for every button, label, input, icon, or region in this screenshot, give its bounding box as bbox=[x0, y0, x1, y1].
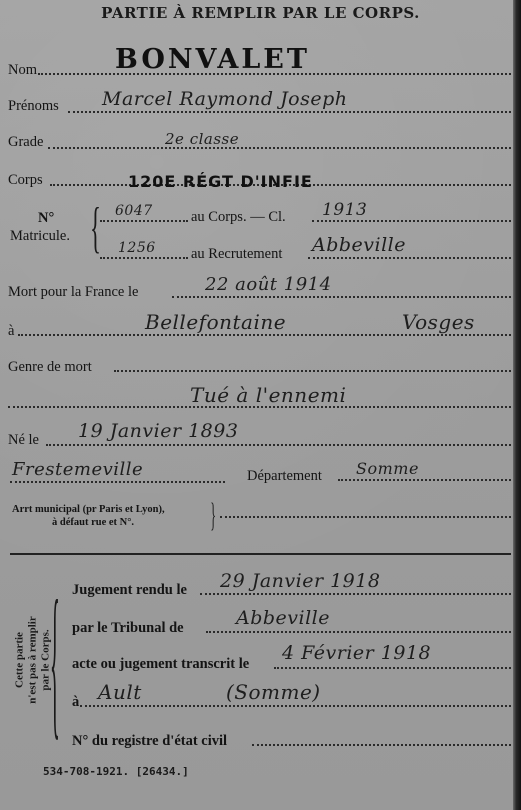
lieu-transcription-region: (Somme) bbox=[226, 680, 321, 704]
nom-label: Nom bbox=[8, 62, 37, 79]
grade-line bbox=[48, 147, 511, 149]
corps-cl-label: au Corps. — Cl. bbox=[191, 209, 286, 226]
classe-line bbox=[312, 220, 511, 222]
civil-section-brace: { bbox=[50, 575, 60, 745]
lieu-naissance-value: Frestemeville bbox=[12, 459, 143, 480]
death-record-card: PARTIE À REMPLIR PAR LE CORPS. Nom BONVA… bbox=[0, 0, 521, 810]
recrutement-place-value: Abbeville bbox=[312, 234, 406, 256]
corps-number-value: 6047 bbox=[115, 203, 153, 219]
departement-line bbox=[338, 479, 511, 481]
recrutement-number-line bbox=[100, 257, 188, 259]
side-note-line-1: Cette partie bbox=[14, 616, 27, 704]
mort-value: 22 août 1914 bbox=[205, 274, 332, 295]
matricule-brace: { bbox=[90, 200, 101, 256]
registre-label: N° du registre d'état civil bbox=[72, 733, 227, 750]
jugement-value: 29 Janvier 1918 bbox=[220, 570, 380, 592]
genre-mort-label: Genre de mort bbox=[8, 359, 92, 376]
corps-number-line bbox=[100, 220, 188, 222]
mort-label: Mort pour la France le bbox=[8, 284, 138, 301]
recrutement-number-value: 1256 bbox=[118, 240, 156, 256]
transcrit-label: acte ou jugement transcrit le bbox=[72, 656, 249, 673]
scan-edge bbox=[513, 0, 521, 810]
lieu-transcription-value: Ault bbox=[98, 680, 142, 704]
nom-value: BONVALET bbox=[115, 44, 310, 75]
registre-line bbox=[252, 744, 511, 746]
recrutement-label: au Recrutement bbox=[191, 246, 282, 263]
naissance-value: 19 Janvier 1893 bbox=[78, 420, 238, 442]
lieu-transcription-label: à bbox=[72, 694, 79, 711]
naissance-label: Né le bbox=[8, 432, 39, 449]
lieu-naissance-line bbox=[10, 481, 225, 483]
arrondissement-label-1: Arrt municipal (pr Paris et Lyon), bbox=[12, 504, 165, 515]
prenoms-value: Marcel Raymond Joseph bbox=[102, 88, 348, 110]
tribunal-value: Abbeville bbox=[236, 607, 330, 629]
lieu-mort-value: Bellefontaine bbox=[145, 310, 286, 334]
jugement-label: Jugement rendu le bbox=[72, 582, 187, 599]
genre-mort-line-1 bbox=[114, 370, 511, 372]
tribunal-label: par le Tribunal de bbox=[72, 620, 184, 637]
transcrit-line bbox=[274, 667, 511, 669]
grade-value: 2e classe bbox=[165, 130, 239, 148]
matricule-no-label: N° bbox=[38, 210, 54, 227]
corps-label: Corps bbox=[8, 172, 43, 189]
side-note-line-2: n'est pas à remplir bbox=[27, 616, 40, 704]
jugement-line bbox=[200, 593, 511, 595]
lieu-mort-region: Vosges bbox=[402, 310, 475, 334]
lieu-mort-label: à bbox=[8, 323, 14, 340]
mort-line bbox=[172, 296, 511, 298]
tribunal-line bbox=[206, 631, 511, 633]
prenoms-line bbox=[68, 111, 511, 113]
prenoms-label: Prénoms bbox=[8, 98, 59, 115]
section-divider bbox=[10, 553, 511, 555]
transcrit-value: 4 Février 1918 bbox=[282, 642, 431, 664]
print-code: 534-708-1921. [26434.] bbox=[43, 765, 189, 778]
arrondissement-line bbox=[220, 516, 511, 518]
matricule-label: Matricule. bbox=[10, 228, 70, 245]
departement-label: Département bbox=[247, 468, 322, 485]
grade-label: Grade bbox=[8, 134, 43, 151]
lieu-transcription-line bbox=[80, 705, 511, 707]
arrondissement-label-2: à défaut rue et N°. bbox=[52, 517, 134, 528]
corps-value: 120E RÉGT D'INFIE bbox=[128, 172, 313, 191]
recrutement-place-line bbox=[308, 257, 511, 259]
form-title: PARTIE À REMPLIR PAR LE CORPS. bbox=[0, 4, 521, 22]
classe-value: 1913 bbox=[322, 200, 367, 220]
departement-value: Somme bbox=[356, 459, 419, 478]
lieu-mort-line bbox=[18, 334, 511, 336]
naissance-line bbox=[46, 444, 511, 446]
genre-mort-value: Tué à l'ennemi bbox=[190, 383, 346, 407]
arrondissement-brace: } bbox=[210, 499, 216, 533]
